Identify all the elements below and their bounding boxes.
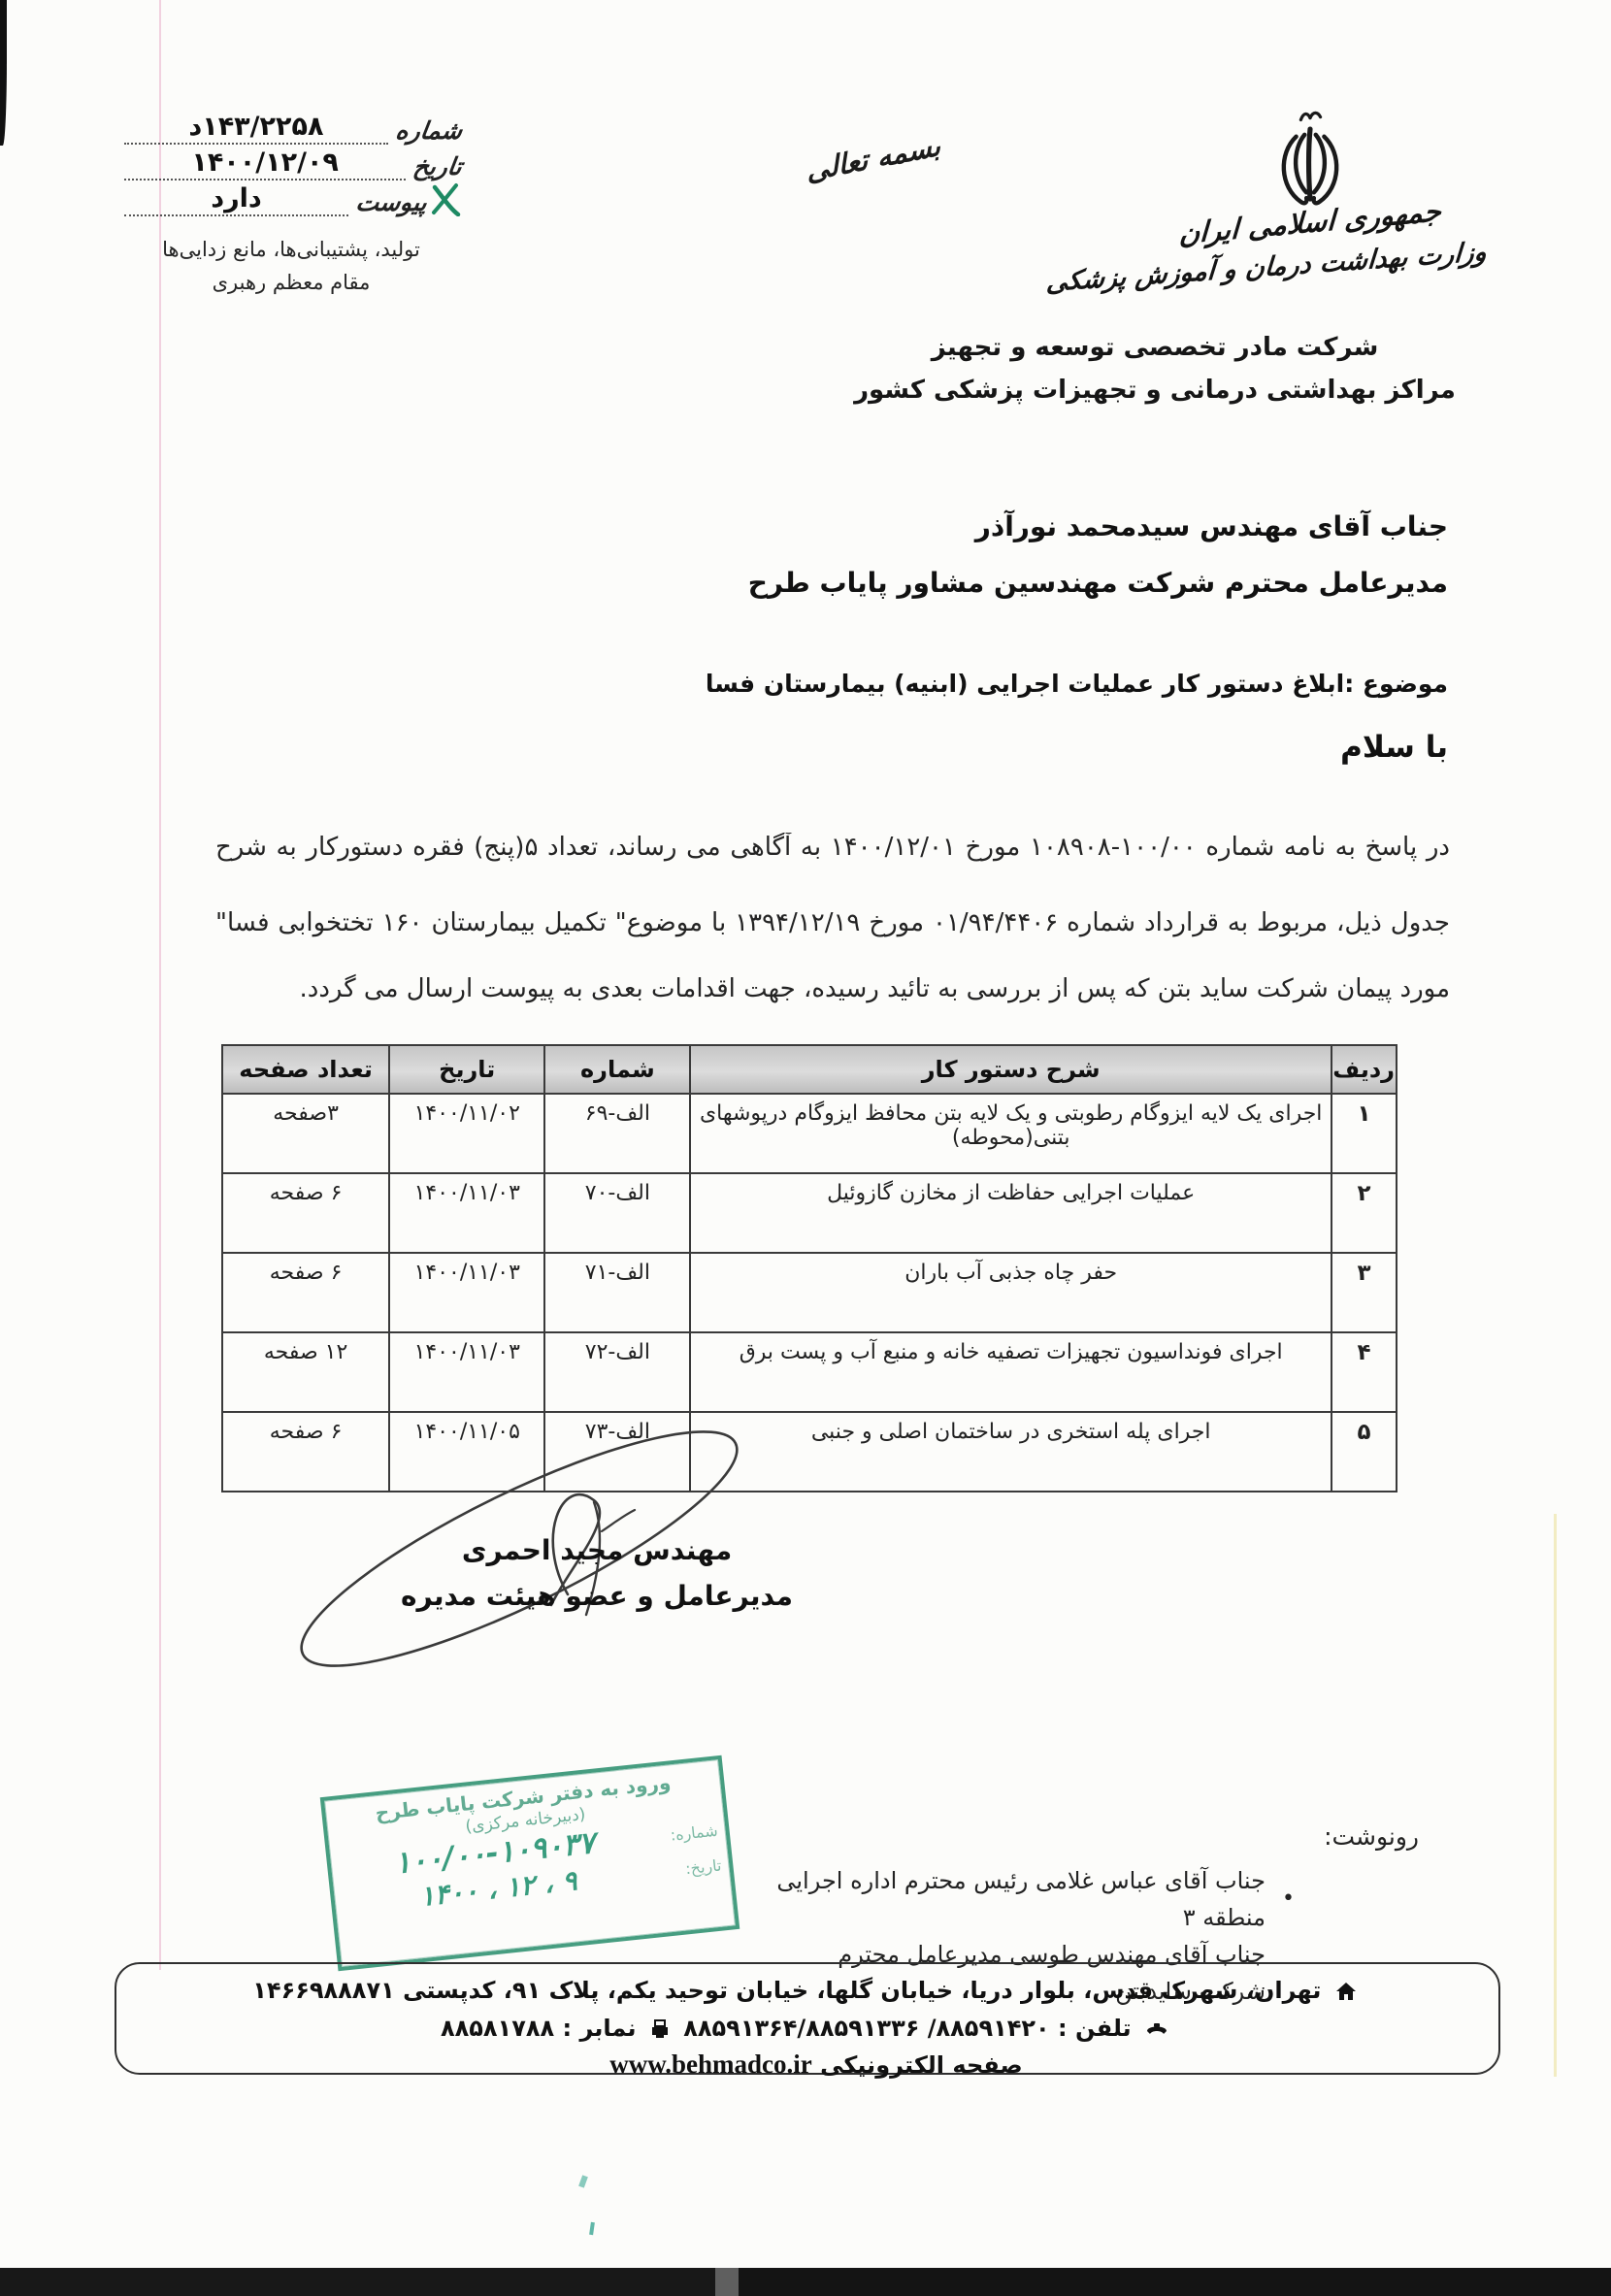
work-date: ۱۴۰۰/۱۱/۰۳ xyxy=(389,1253,544,1332)
work-pages: ۶ صفحه xyxy=(222,1253,389,1332)
entry-stamp: ورود به دفتر شرکت پایاب طرح (دبیرخانه مر… xyxy=(320,1755,740,1971)
letter-meta-block: شماره ۱۴۳/۲۲۵۸د تاریخ ۱۴۰۰/۱۲/۰۹ پیوست د… xyxy=(124,109,462,216)
letter-date-row: تاریخ ۱۴۰۰/۱۲/۰۹ xyxy=(124,145,462,180)
cc-item: • جناب آقای عباس غلامی رئیس محترم اداره … xyxy=(776,1862,1295,1936)
row-number: ۵ xyxy=(1332,1412,1397,1492)
attachment-dotted-line: دارد xyxy=(124,183,348,216)
scan-streak xyxy=(1554,1514,1557,2077)
work-date: ۱۴۰۰/۱۱/۰۳ xyxy=(389,1173,544,1253)
company-line1: شرکت مادر تخصصی توسعه و تجهیز xyxy=(835,326,1475,369)
footer-phone-line: تلفن : ۸۸۵۹۱۴۲۰/ ۸۸۵۹۱۳۶۴/۸۸۵۹۱۳۳۶ نمابر… xyxy=(116,2011,1498,2049)
signatory-name: مهندس مجید احمری xyxy=(388,1527,805,1573)
bullet-icon: • xyxy=(1266,1881,1295,1918)
table-row: ۴ اجرای فونداسیون تجهیزات تصفیه خانه و م… xyxy=(222,1332,1397,1412)
col-header-date: تاریخ xyxy=(389,1045,544,1094)
col-header-description: شرح دستور کار xyxy=(690,1045,1332,1094)
footer-phone-label: تلفن : xyxy=(1058,2015,1132,2042)
cc-label: رونوشت: xyxy=(776,1822,1419,1851)
col-header-pages: تعداد صفحه xyxy=(222,1045,389,1094)
table-row: ۱ اجرای یک لایه ایزوگام رطوبتی و یک لایه… xyxy=(222,1094,1397,1173)
work-pages: ۱۲ صفحه xyxy=(222,1332,389,1412)
footer-contact-box: تهران، شهرک قدس، بلوار دریا، خیابان گلها… xyxy=(115,1962,1500,2075)
besmeleh-calligraphy: بسمه تعالی xyxy=(768,121,980,195)
recipient-title: مدیرعامل محترم شرکت مهندسین مشاور پایاب … xyxy=(670,567,1448,599)
body-line3: مورد پیمان شرکت ساید بتن که پس از بررسی … xyxy=(215,974,1450,1003)
footer-web-label: صفحه الکترونیکی xyxy=(820,2051,1023,2079)
scanned-letter-page: شماره ۱۴۳/۲۲۵۸د تاریخ ۱۴۰۰/۱۲/۰۹ پیوست د… xyxy=(0,0,1611,2296)
date-label: تاریخ xyxy=(411,152,464,180)
col-header-row-number: ردیف xyxy=(1332,1045,1397,1094)
recipient-block: جناب آقای مهندس سیدمحمد نورآذر مدیرعامل … xyxy=(670,510,1448,599)
row-number: ۱ xyxy=(1332,1094,1397,1173)
row-number: ۲ xyxy=(1332,1173,1397,1253)
footer-website-url: www.behmadco.ir xyxy=(609,2049,812,2080)
table-row: ۲ عملیات اجرایی حفاظت از مخازن گازوئیل ا… xyxy=(222,1173,1397,1253)
stamp-number-label: شماره: xyxy=(649,1820,719,1846)
subject-line: موضوع :ابلاغ دستور کار عملیات اجرایی (اب… xyxy=(670,670,1448,698)
body-line2: جدول ذیل، مربوط به قرارداد شماره ۰۱/۹۴/۴… xyxy=(215,908,1450,947)
ink-mark xyxy=(578,2175,588,2187)
letter-number-row: شماره ۱۴۳/۲۲۵۸د xyxy=(124,109,462,145)
work-number: الف-۷۱ xyxy=(544,1253,690,1332)
scan-bottom-bar-gap xyxy=(715,2268,739,2296)
table-header-row: ردیف شرح دستور کار شماره تاریخ تعداد صفح… xyxy=(222,1045,1397,1094)
year-slogan: تولید، پشتیبانی‌ها، مانع زدایی‌ها مقام م… xyxy=(136,233,446,299)
col-header-number: شماره xyxy=(544,1045,690,1094)
cc-item-text: جناب آقای عباس غلامی رئیس محترم اداره اج… xyxy=(776,1862,1266,1936)
number-dotted-line: ۱۴۳/۲۲۵۸د xyxy=(124,112,388,145)
footer-fax-number: ۸۸۵۸۱۷۸۸ xyxy=(441,2015,554,2042)
fax-icon xyxy=(650,2014,670,2049)
scan-edge-artifact xyxy=(0,0,7,146)
company-line2: مراکز بهداشتی درمانی و تجهیزات پزشکی کشو… xyxy=(835,369,1475,411)
table-row: ۳ حفر چاه جذبی آب باران الف-۷۱ ۱۴۰۰/۱۱/۰… xyxy=(222,1253,1397,1332)
number-label: شماره xyxy=(394,116,464,145)
footer-address-line: تهران، شهرک قدس، بلوار دریا، خیابان گلها… xyxy=(116,1973,1498,2011)
work-description: اجرای یک لایه ایزوگام رطوبتی و یک لایه ب… xyxy=(690,1094,1332,1173)
work-pages: ۳صفحه xyxy=(222,1094,389,1173)
work-number: الف-۶۹ xyxy=(544,1094,690,1173)
footer-phone-numbers: ۸۸۵۹۱۴۲۰/ ۸۸۵۹۱۳۶۴/۸۸۵۹۱۳۳۶ xyxy=(683,2015,1049,2042)
slogan-line2: مقام معظم رهبری xyxy=(136,266,446,299)
work-pages: ۶ صفحه xyxy=(222,1173,389,1253)
work-description: اجرای فونداسیون تجهیزات تصفیه خانه و منب… xyxy=(690,1332,1332,1412)
letter-number-value: ۱۴۳/۲۲۵۸د xyxy=(188,112,323,142)
check-icon xyxy=(429,181,462,216)
attachment-label: پیوست xyxy=(354,188,429,216)
scan-bottom-bar xyxy=(0,2268,715,2296)
house-icon xyxy=(1335,1976,1357,2011)
footer-address: تهران، شهرک قدس، بلوار دریا، خیابان گلها… xyxy=(252,1977,1321,2004)
recipient-name: جناب آقای مهندس سیدمحمد نورآذر xyxy=(670,510,1448,542)
row-number: ۳ xyxy=(1332,1253,1397,1332)
row-number: ۴ xyxy=(1332,1332,1397,1412)
work-description: عملیات اجرایی حفاظت از مخازن گازوئیل xyxy=(690,1173,1332,1253)
work-date: ۱۴۰۰/۱۱/۰۳ xyxy=(389,1332,544,1412)
ink-mark xyxy=(589,2222,595,2235)
phone-icon xyxy=(1145,2014,1168,2049)
slogan-line1: تولید، پشتیبانی‌ها، مانع زدایی‌ها xyxy=(136,233,446,266)
footer-fax-label: نمابر : xyxy=(563,2015,637,2042)
salutation: با سلام xyxy=(1300,730,1448,765)
letter-date-value: ۱۴۰۰/۱۲/۰۹ xyxy=(191,148,339,178)
body-line1: در پاسخ به نامه شماره ۱۰۰/۰۰-۱۰۸۹۰۸ مورخ… xyxy=(215,833,1450,871)
signatory-title: مدیرعامل و عضو هیئت مدیره xyxy=(388,1573,805,1619)
footer-web-line: صفحه الکترونیکی www.behmadco.ir xyxy=(116,2049,1498,2081)
ministry-calligraphy: وزارت بهداشت درمان و آموزش پزشکی xyxy=(1019,235,1515,300)
attachment-value: دارد xyxy=(211,183,262,213)
work-number: الف-۷۲ xyxy=(544,1332,690,1412)
work-number: الف-۷۰ xyxy=(544,1173,690,1253)
date-dotted-line: ۱۴۰۰/۱۲/۰۹ xyxy=(124,148,406,180)
scan-bottom-bar xyxy=(739,2268,1611,2296)
attachment-row: پیوست دارد xyxy=(124,180,462,216)
company-name-block: شرکت مادر تخصصی توسعه و تجهیز مراکز بهدا… xyxy=(835,326,1475,411)
work-description: حفر چاه جذبی آب باران xyxy=(690,1253,1332,1332)
work-date: ۱۴۰۰/۱۱/۰۲ xyxy=(389,1094,544,1173)
stamp-date-label: تاریخ: xyxy=(653,1855,723,1881)
signatory-block: مهندس مجید احمری مدیرعامل و عضو هیئت مدی… xyxy=(388,1527,805,1619)
